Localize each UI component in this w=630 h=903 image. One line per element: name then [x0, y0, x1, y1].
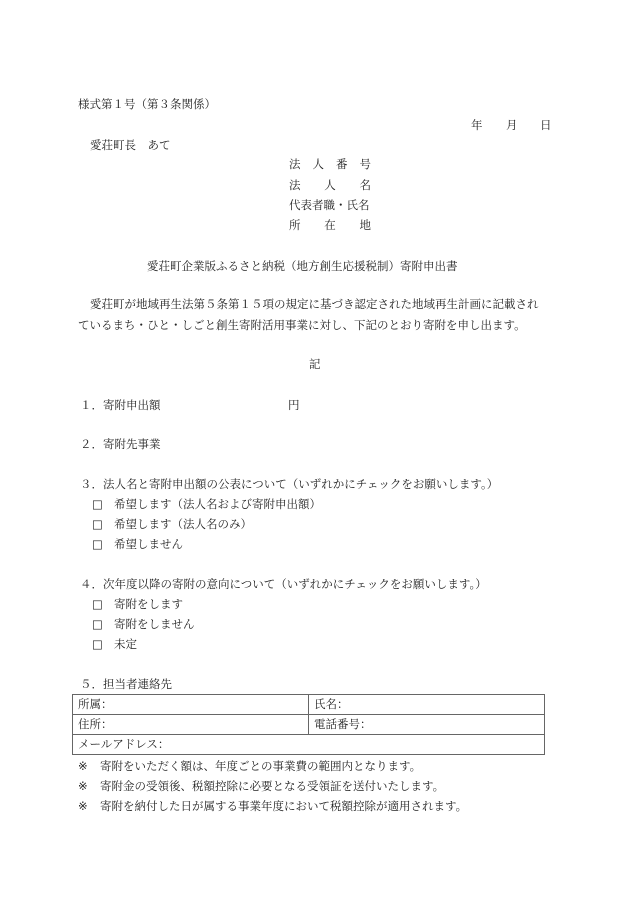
note-item: ※寄附金の受領後、税額控除に必要となる受領証を送付いたします。: [78, 779, 444, 793]
affiliation-cell[interactable]: 所属：: [73, 695, 309, 715]
note-text: 寄附を納付した日が属する事業年度において税額控除が適用されます。: [100, 799, 467, 813]
item-1-unit: 円: [288, 398, 300, 412]
field-corporate-name: 法 人 名: [289, 178, 371, 192]
option-undecided[interactable]: □未定: [92, 637, 137, 651]
body-line-1: 愛荘町が地域再生法第５条第１５項の規定に基づき認定された地域再生計画に記載され: [90, 297, 539, 311]
label-char: 法: [289, 157, 301, 171]
option-publish-name-and-amount[interactable]: □希望します（法人名および寄附申出額）: [92, 497, 321, 511]
option-text: 寄附をしません: [114, 617, 195, 631]
name-cell[interactable]: 氏名：: [309, 695, 545, 715]
option-text: 希望します（法人名および寄附申出額）: [114, 497, 321, 511]
label-char: 人: [313, 157, 325, 171]
address-cell[interactable]: 住所：: [73, 715, 309, 735]
item-5-label: ５．担当者連絡先: [80, 677, 172, 691]
label-char: 地: [360, 218, 372, 232]
option-no-publish[interactable]: □希望しません: [92, 537, 183, 551]
note-text: 寄附をいただく額は、年度ごとの事業費の範囲内となります。: [100, 759, 421, 773]
note-item: ※寄附を納付した日が属する事業年度において税額控除が適用されます。: [78, 799, 467, 813]
checkbox-icon[interactable]: □: [92, 517, 114, 531]
option-text: 未定: [114, 637, 137, 651]
date-month: 月: [506, 118, 518, 132]
option-will-donate[interactable]: □寄附をします: [92, 597, 183, 611]
option-text: 希望します（法人名のみ）: [114, 517, 252, 531]
checkbox-icon[interactable]: □: [92, 617, 114, 631]
note-item: ※寄附をいただく額は、年度ごとの事業費の範囲内となります。: [78, 759, 421, 773]
checkbox-icon[interactable]: □: [92, 497, 114, 511]
form-number: 様式第１号（第３条関係）: [78, 97, 216, 111]
table-row: 住所： 電話番号：: [73, 715, 545, 735]
checkbox-icon[interactable]: □: [92, 597, 114, 611]
checkbox-icon[interactable]: □: [92, 637, 114, 651]
body-line-2: ているまち・ひと・しごと創生寄附活用事業に対し、下記のとおり寄附を申し出ます。: [78, 318, 526, 332]
date-year: 年: [471, 118, 483, 132]
table-row: メールアドレス：: [73, 735, 545, 755]
item-1-label: １．寄附申出額: [80, 398, 161, 412]
date-day: 日: [540, 118, 552, 132]
label-char: 号: [360, 157, 372, 171]
phone-cell[interactable]: 電話番号：: [309, 715, 545, 735]
option-publish-name-only[interactable]: □希望します（法人名のみ）: [92, 517, 252, 531]
note-text: 寄附金の受領後、税額控除に必要となる受領証を送付いたします。: [100, 779, 444, 793]
reference-mark-icon: ※: [78, 799, 100, 813]
field-representative: 代表者職・氏名: [289, 198, 370, 212]
label-char: 在: [324, 218, 336, 232]
reference-mark-icon: ※: [78, 759, 100, 773]
item-3-label: ３．法人名と寄附申出額の公表について（いずれかにチェックをお願いします。）: [80, 477, 498, 491]
reference-mark-icon: ※: [78, 779, 100, 793]
email-cell[interactable]: メールアドレス：: [73, 735, 545, 755]
option-text: 希望しません: [114, 537, 183, 551]
field-location: 所 在 地: [289, 218, 371, 232]
ki-heading: 記: [309, 357, 321, 371]
addressee: 愛荘町長 あて: [90, 138, 171, 152]
label-char: 名: [360, 178, 372, 192]
item-2-label: ２．寄附先事業: [80, 437, 161, 451]
label-char: 人: [324, 178, 336, 192]
label-char: 所: [289, 218, 301, 232]
label-char: 番: [336, 157, 348, 171]
table-row: 所属： 氏名：: [73, 695, 545, 715]
option-will-not-donate[interactable]: □寄附をしません: [92, 617, 195, 631]
option-text: 寄附をします: [114, 597, 183, 611]
checkbox-icon[interactable]: □: [92, 537, 114, 551]
field-corporate-number: 法 人 番 号: [289, 157, 371, 171]
document-title: 愛荘町企業版ふるさと納税（地方創生応援税制）寄附申出書: [147, 259, 458, 273]
item-4-label: ４．次年度以降の寄附の意向について（いずれかにチェックをお願いします。）: [80, 577, 487, 591]
label-char: 法: [289, 178, 301, 192]
contact-table: 所属： 氏名： 住所： 電話番号： メールアドレス：: [72, 694, 545, 755]
